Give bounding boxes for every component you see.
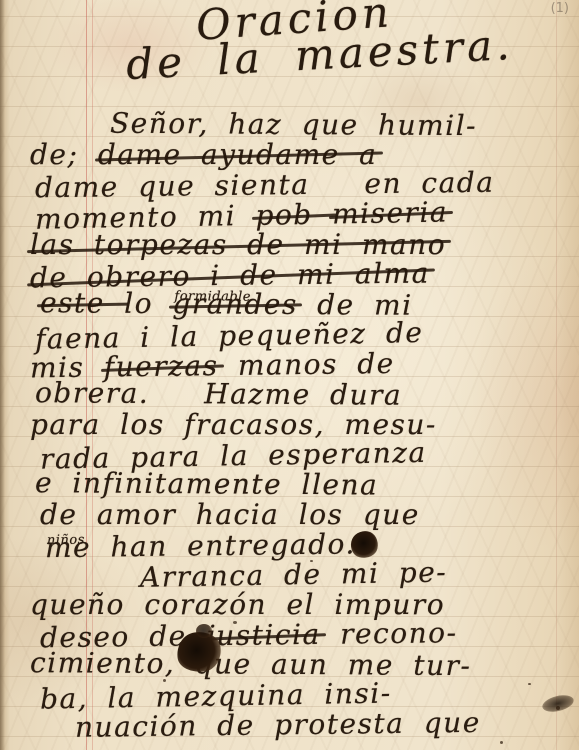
manuscript-line: nuación de protesta que [30, 707, 579, 744]
text-segment: de; [30, 138, 98, 171]
struck-text: este [40, 286, 124, 320]
text-segment: nuación de protesta que [75, 706, 481, 744]
manuscript-line: de amor hacia los que [30, 500, 579, 530]
struck-text: grandes [172, 287, 298, 321]
struck-text: miseria [332, 195, 449, 230]
ink-speck [500, 741, 503, 744]
text-segment: lo [124, 287, 172, 320]
manuscript-line: queño corazón el impuro [30, 590, 579, 620]
manuscript-line: Señor, haz que humil- [30, 108, 579, 142]
text-segment: de amor hacia los que [40, 498, 420, 531]
scan-edge-shadow [0, 0, 5, 750]
text-segment: Hazme dura [204, 377, 402, 411]
manuscript-line: para los fracasos, mesu- [30, 410, 579, 440]
manuscript-body: Señor, haz que humil-de; dame ayudame ad… [30, 110, 579, 740]
text-segment: recono- [321, 616, 458, 651]
struck-text: dame ayudame a [98, 138, 378, 171]
manuscript-line: las torpezas de mi mano [30, 230, 579, 260]
title-line-2: de la maestra. [125, 20, 515, 89]
manuscript-line: obrera.Hazme dura [30, 378, 579, 412]
manuscript-line: de; dame ayudame a [30, 140, 579, 170]
text-segment: e infinitamente llena [35, 466, 379, 501]
manuscript-page: (1) Oracion de la maestra. Señor, haz qu… [0, 0, 579, 750]
text-segment: Señor, haz que humil- [110, 107, 477, 143]
struck-text: pob [255, 198, 332, 232]
manuscript-line: e infinitamente llena [30, 468, 579, 502]
text-segment: obrera. [35, 376, 149, 410]
text-segment: cimiento, que aun me tur- [30, 646, 472, 682]
page-number-annotation: (1) [551, 1, 569, 16]
